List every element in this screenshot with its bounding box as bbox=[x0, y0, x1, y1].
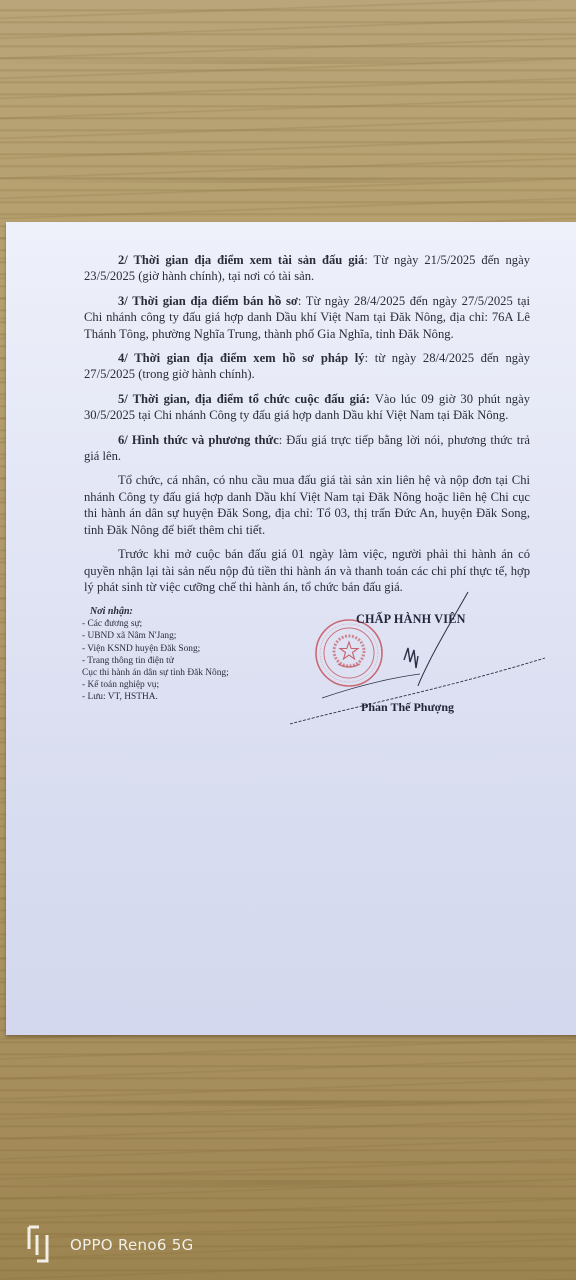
recipients-list: Nơi nhận: - Các đương sự; - UBND xã Nâm … bbox=[82, 606, 229, 704]
heading-auction-method: 6/ Hình thức và phương thức bbox=[118, 433, 279, 447]
heading-legal-documents: 4/ Thời gian địa điểm xem hồ sơ pháp lý bbox=[118, 351, 365, 365]
recipient-item: - Viện KSND huyện Đăk Song; bbox=[82, 643, 229, 655]
paragraph-contact: Tổ chức, cá nhân, có nhu cầu mua đấu giá… bbox=[84, 472, 530, 538]
recipient-item: - UBND xã Nâm N'Jang; bbox=[82, 630, 229, 642]
paragraph-4: 4/ Thời gian địa điểm xem hồ sơ pháp lý:… bbox=[84, 350, 530, 383]
paragraph-redemption: Trước khi mở cuộc bán đấu giá 01 ngày là… bbox=[84, 546, 530, 595]
wood-grain bbox=[0, 60, 576, 64]
paragraph-text: Tổ chức, cá nhân, có nhu cầu mua đấu giá… bbox=[84, 473, 530, 536]
heading-auction-time-place: 5/ Thời gian, địa điểm tổ chức cuộc đấu … bbox=[118, 392, 370, 406]
wood-grain bbox=[0, 1100, 576, 1106]
camera-watermark: OPPO Reno6 5G bbox=[70, 1236, 194, 1254]
paragraph-2: 2/ Thời gian địa điểm xem tài sản đấu gi… bbox=[84, 252, 530, 285]
heading-selling-documents: 3/ Thời gian địa điểm bán hồ sơ bbox=[118, 294, 298, 308]
heading-viewing-assets: 2/ Thời gian địa điểm xem tài sản đấu gi… bbox=[118, 253, 364, 267]
wood-grain bbox=[0, 1180, 576, 1185]
recipient-item: - Kế toán nghiệp vụ; bbox=[82, 679, 229, 691]
paragraph-3: 3/ Thời gian địa điểm bán hồ sơ: Từ ngày… bbox=[84, 293, 530, 342]
signatory-title: CHẤP HÀNH VIÊN bbox=[356, 612, 466, 627]
recipient-item: - Lưu: VT, HSTHA. bbox=[82, 691, 229, 703]
wood-grain bbox=[0, 178, 576, 183]
recipients-title: Nơi nhận: bbox=[90, 606, 229, 618]
document-body: 2/ Thời gian địa điểm xem tài sản đấu gi… bbox=[84, 252, 530, 603]
recipient-item: Cục thi hành án dân sự tỉnh Đăk Nông; bbox=[82, 667, 229, 679]
recipient-item: - Các đương sự; bbox=[82, 618, 229, 630]
recipient-item: - Trang thông tin điện tử bbox=[82, 655, 229, 667]
signatory-name: Phan Thế Phượng bbox=[361, 700, 454, 715]
paragraph-6: 6/ Hình thức và phương thức: Đấu giá trự… bbox=[84, 432, 530, 465]
camera-brand-icon bbox=[27, 1225, 51, 1263]
paragraph-text: Trước khi mở cuộc bán đấu giá 01 ngày là… bbox=[84, 547, 530, 594]
paragraph-5: 5/ Thời gian, địa điểm tổ chức cuộc đấu … bbox=[84, 391, 530, 424]
